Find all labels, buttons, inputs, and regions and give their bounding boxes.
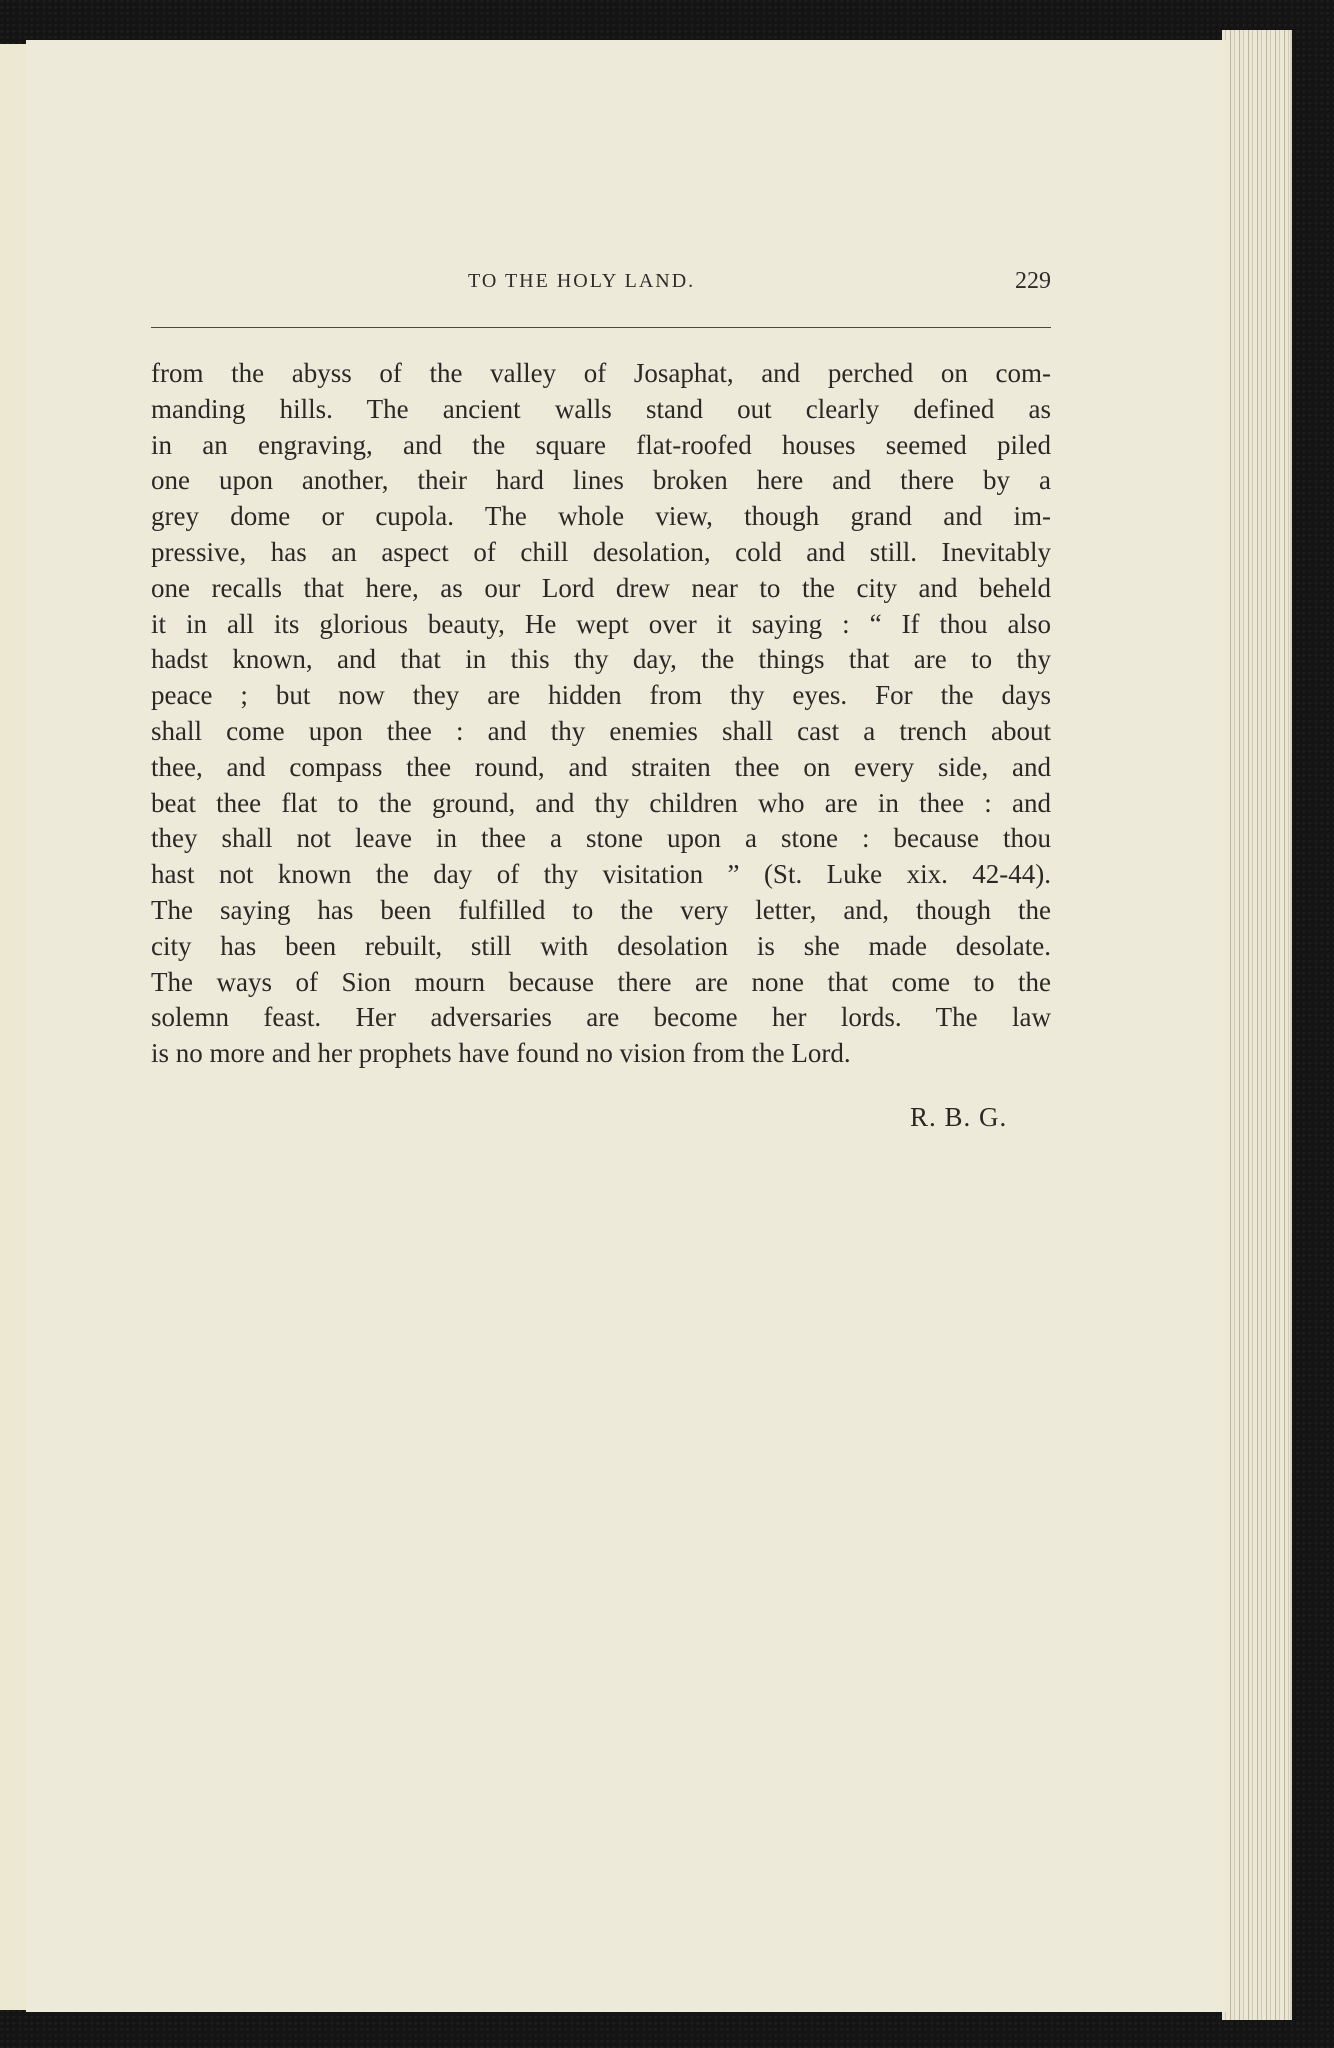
text-line: from the abyss of the valley of Josaphat… xyxy=(151,356,1051,392)
text-line: The ways of Sion mourn because there are… xyxy=(151,965,1051,1001)
text-line: they shall not leave in thee a stone upo… xyxy=(151,821,1051,857)
text-line: one recalls that here, as our Lord drew … xyxy=(151,571,1051,607)
text-line: one upon another, their hard lines broke… xyxy=(151,463,1051,499)
text-line: is no more and her prophets have found n… xyxy=(151,1036,1051,1072)
text-line: pressive, has an aspect of chill desolat… xyxy=(151,535,1051,571)
running-title: TO THE HOLY LAND. xyxy=(468,270,695,293)
text-line: it in all its glorious beauty, He wept o… xyxy=(151,607,1051,643)
text-line: manding hills. The ancient walls stand o… xyxy=(151,392,1051,428)
text-line: in an engraving, and the square flat-roo… xyxy=(151,428,1051,464)
facing-page-edge xyxy=(0,44,28,2010)
book-page: TO THE HOLY LAND. 229 from the abyss of … xyxy=(26,40,1226,2012)
text-line: hast not known the day of thy visitation… xyxy=(151,857,1051,893)
text-line: shall come upon thee : and thy enemies s… xyxy=(151,714,1051,750)
text-line: The saying has been fulfilled to the ver… xyxy=(151,893,1051,929)
text-line: beat thee flat to the ground, and thy ch… xyxy=(151,786,1051,822)
text-line: hadst known, and that in this thy day, t… xyxy=(151,642,1051,678)
page-stack-edge xyxy=(1222,30,1292,2020)
page-number: 229 xyxy=(1015,268,1051,295)
header-rule xyxy=(151,327,1051,328)
running-head: TO THE HOLY LAND. 229 xyxy=(151,268,1051,298)
body-paragraph: from the abyss of the valley of Josaphat… xyxy=(151,356,1051,1072)
text-line: thee, and compass thee round, and strait… xyxy=(151,750,1051,786)
text-line: city has been rebuilt, still with desola… xyxy=(151,929,1051,965)
text-line: grey dome or cupola. The whole view, tho… xyxy=(151,499,1051,535)
author-initials: R. B. G. xyxy=(910,1102,1007,1133)
text-line: solemn feast. Her adversaries are become… xyxy=(151,1000,1051,1036)
text-line: peace ; but now they are hidden from thy… xyxy=(151,678,1051,714)
